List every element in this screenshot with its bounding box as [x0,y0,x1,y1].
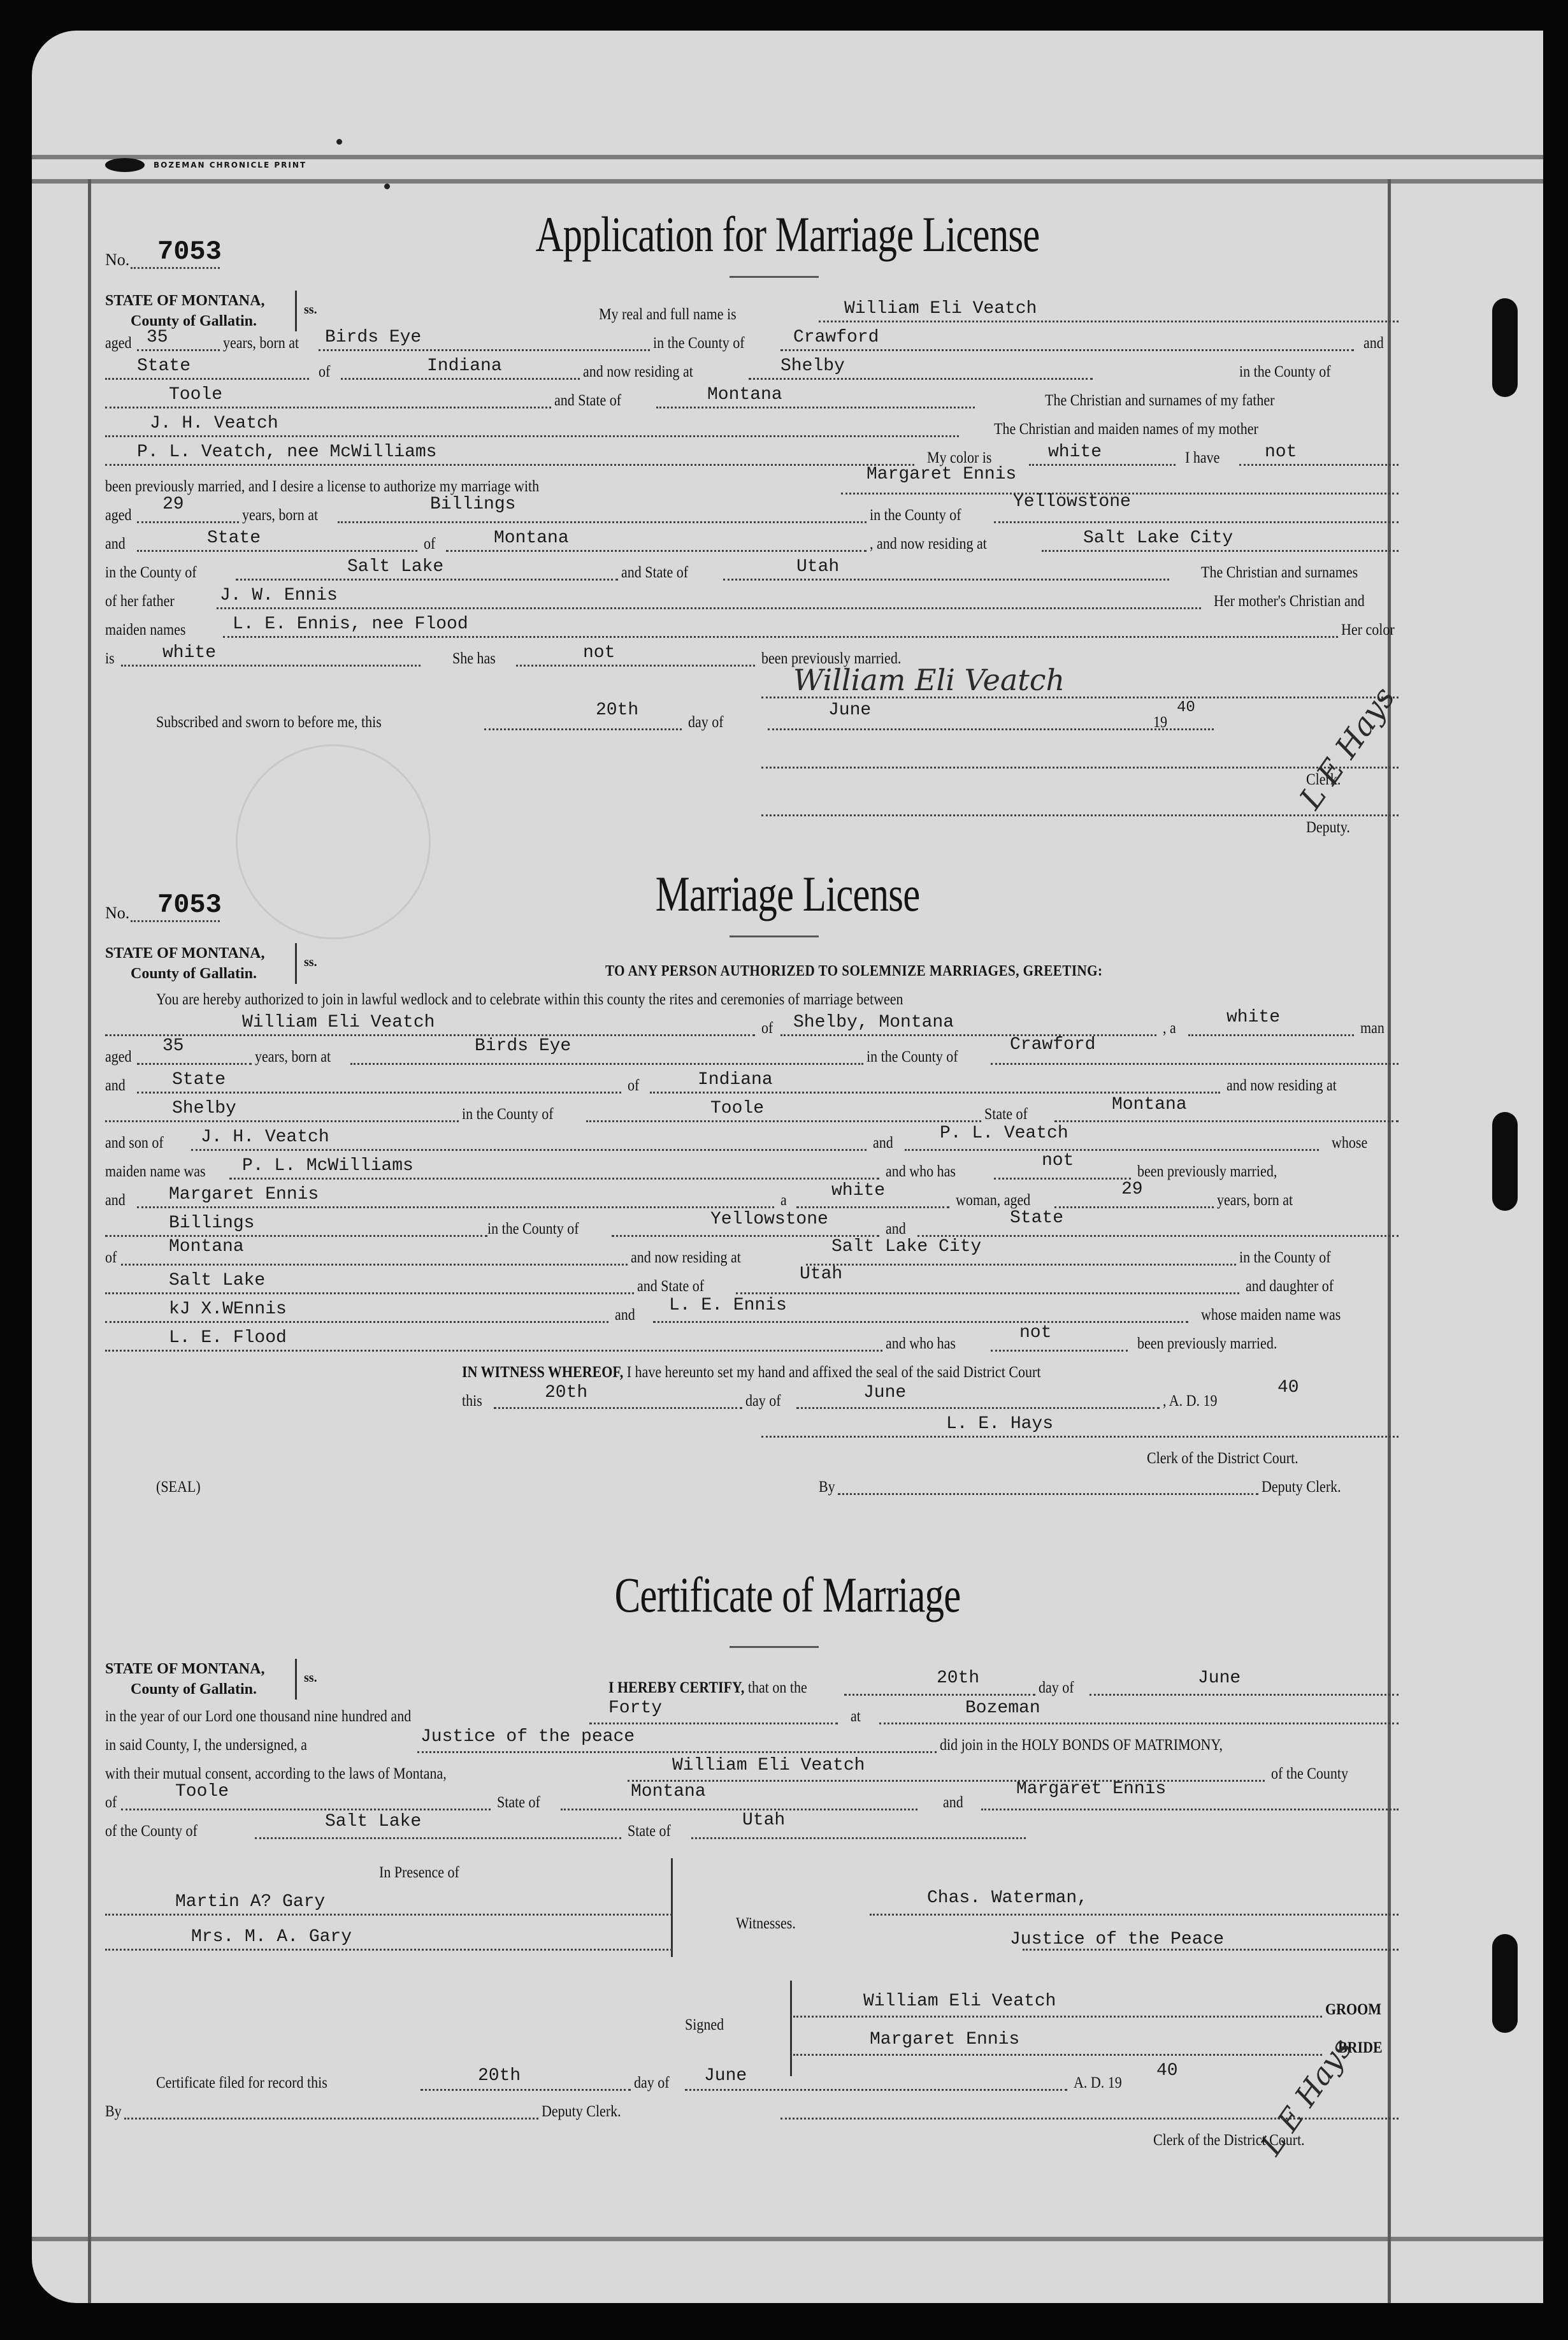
cert-row-witness-2: Mrs. M. A. Gary Justice of the Peace [105,1926,1399,1954]
app-row-birth: aged 35 years, born at Birds Eye in the … [105,327,1399,355]
title-rule [730,276,819,278]
license-number: No. 7053 [105,904,129,923]
app-row-bride: been previously married, and I desire a … [105,470,1399,498]
printer-logo-icon [105,158,145,172]
app-row-her-color: is white She has not been previously mar… [105,642,1399,670]
lic-row-bride: and Margaret Ennis a white woman, aged 2… [105,1184,1399,1212]
lic-row-groom-residence: Shelby in the County of Toole State of M… [105,1098,1399,1126]
application-number: No. 7053 [105,250,129,270]
license-greeting: TO ANY PERSON AUTHORIZED TO SOLEMNIZE MA… [105,955,1399,983]
app-row-mother: P. L. Veatch, nee McWilliams My color is… [105,442,1399,470]
app-row-subscribed: Subscribed and sworn to before me, this … [105,706,1399,734]
lic-row-bride-county: Salt Lake and State of Utah and daughter… [105,1270,1399,1298]
lic-row-bride-residence: of Montana and now residing at Salt Lake… [105,1241,1399,1269]
cert-row-groom-signed: Signed William Eli Veatch GROOM [105,1993,1399,2021]
cert-row-filed: Certificate filed for record this 20th d… [105,2067,1399,2095]
certificate-title: Certificate of Marriage [198,1566,1377,1624]
lic-row-seal: (SEAL) By Deputy Clerk. [105,1471,1399,1499]
left-border [88,179,91,2303]
lic-row-groom: William Eli Veatch of Shelby, Montana , … [105,1012,1399,1040]
title-rule [730,1646,819,1648]
cert-row-bride-signed: Margaret Ennis BRIDE [105,2032,1399,2060]
cert-row-deputy: By Deputy Clerk. [105,2095,1399,2123]
binder-hole-icon [1492,1112,1518,1211]
app-row-name: My real and full name is William Eli Vea… [105,298,1399,326]
lic-row-clerk: L. E. Hays [105,1413,1399,1441]
lic-row-groom-mother-maiden: maiden name was P. L. McWilliams and who… [105,1155,1399,1183]
app-row-residence: Toole and State of Montana The Christian… [105,384,1399,412]
marriage-record-page: BOZEMAN CHRONICLE PRINT No. 7053 Applica… [32,31,1543,2303]
title-rule [730,935,819,937]
lic-row-groom-state: and State of Indiana and now residing at [105,1069,1399,1097]
binder-hole-icon [1492,298,1518,397]
bottom-rule [32,2237,1543,2241]
cert-row-certify: I HEREBY CERTIFY, that on the 20th day o… [105,1672,1399,1700]
app-row-father: J. H. Veatch The Christian and maiden na… [105,413,1399,441]
app-row-her-father: of her father J. W. Ennis Her mother's C… [105,585,1399,613]
cert-row-year: in the year of our Lord one thousand nin… [105,1700,1399,1728]
application-title: Application for Marriage License [198,206,1377,263]
intended-spouse: Margaret Ennis [867,465,1016,484]
ink-speck [336,139,342,145]
lic-row-bride-birth: Billings in the County of Yellowstone an… [105,1213,1399,1241]
ink-speck [384,184,390,189]
binder-hole-icon [1492,1934,1518,2033]
lic-row-clerk-title: Clerk of the District Court. [105,1442,1399,1470]
lic-row-groom-birth: aged 35 years, born at Birds Eye in the … [105,1041,1399,1069]
app-row-clerk: Clerk. L E Hays [105,763,1399,791]
applicant-name: William Eli Veatch [844,299,1037,319]
lic-row-witness: IN WITNESS WHEREOF, I have hereunto set … [105,1356,1399,1384]
app-row-deputy: Deputy. [105,811,1399,839]
lic-row-son-of: and son of J. H. Veatch and P. L. Veatch… [105,1127,1399,1155]
app-row-signature: William Eli Veatch [105,674,1399,702]
app-row-state: State of Indiana and now residing at She… [105,356,1399,384]
app-row-bride-residence: in the County of Salt Lake and State of … [105,556,1399,584]
cert-row-officiant: in said County, I, the undersigned, a Ju… [105,1729,1399,1757]
lic-row-date: this 20th day of June , A. D. 19 40 [105,1385,1399,1413]
cert-row-presence: In Presence of [105,1856,1399,1884]
top-rule-lower [32,179,1543,184]
cert-row-bride-county: of the County of Salt Lake State of Utah [105,1815,1399,1843]
applicant-signature: William Eli Veatch [793,663,1065,697]
lic-row-bride-mother-maiden: L. E. Flood and who has not been previou… [105,1327,1399,1355]
license-intro: You are hereby authorized to join in law… [105,983,1399,1011]
license-title: Marriage License [198,865,1377,923]
app-row-bride-state: and State of Montana , and now residing … [105,528,1399,556]
officiant-name: Chas. Waterman, [927,1888,1088,1908]
printer-mark: BOZEMAN CHRONICLE PRINT [105,158,306,172]
app-row-her-mother: maiden names L. E. Ennis, nee Flood Her … [105,614,1399,642]
cert-row-clerk-title: Clerk of the District Court. [105,2124,1399,2152]
lic-row-daughter-of: kJ X.WEnnis and L. E. Ennis whose maiden… [105,1299,1399,1327]
cert-row-groom: with their mutual consent, according to … [105,1758,1399,1786]
clerk-name: L. E. Hays [946,1414,1053,1434]
app-row-bride-birth: aged 29 years, born at Billings in the C… [105,499,1399,527]
